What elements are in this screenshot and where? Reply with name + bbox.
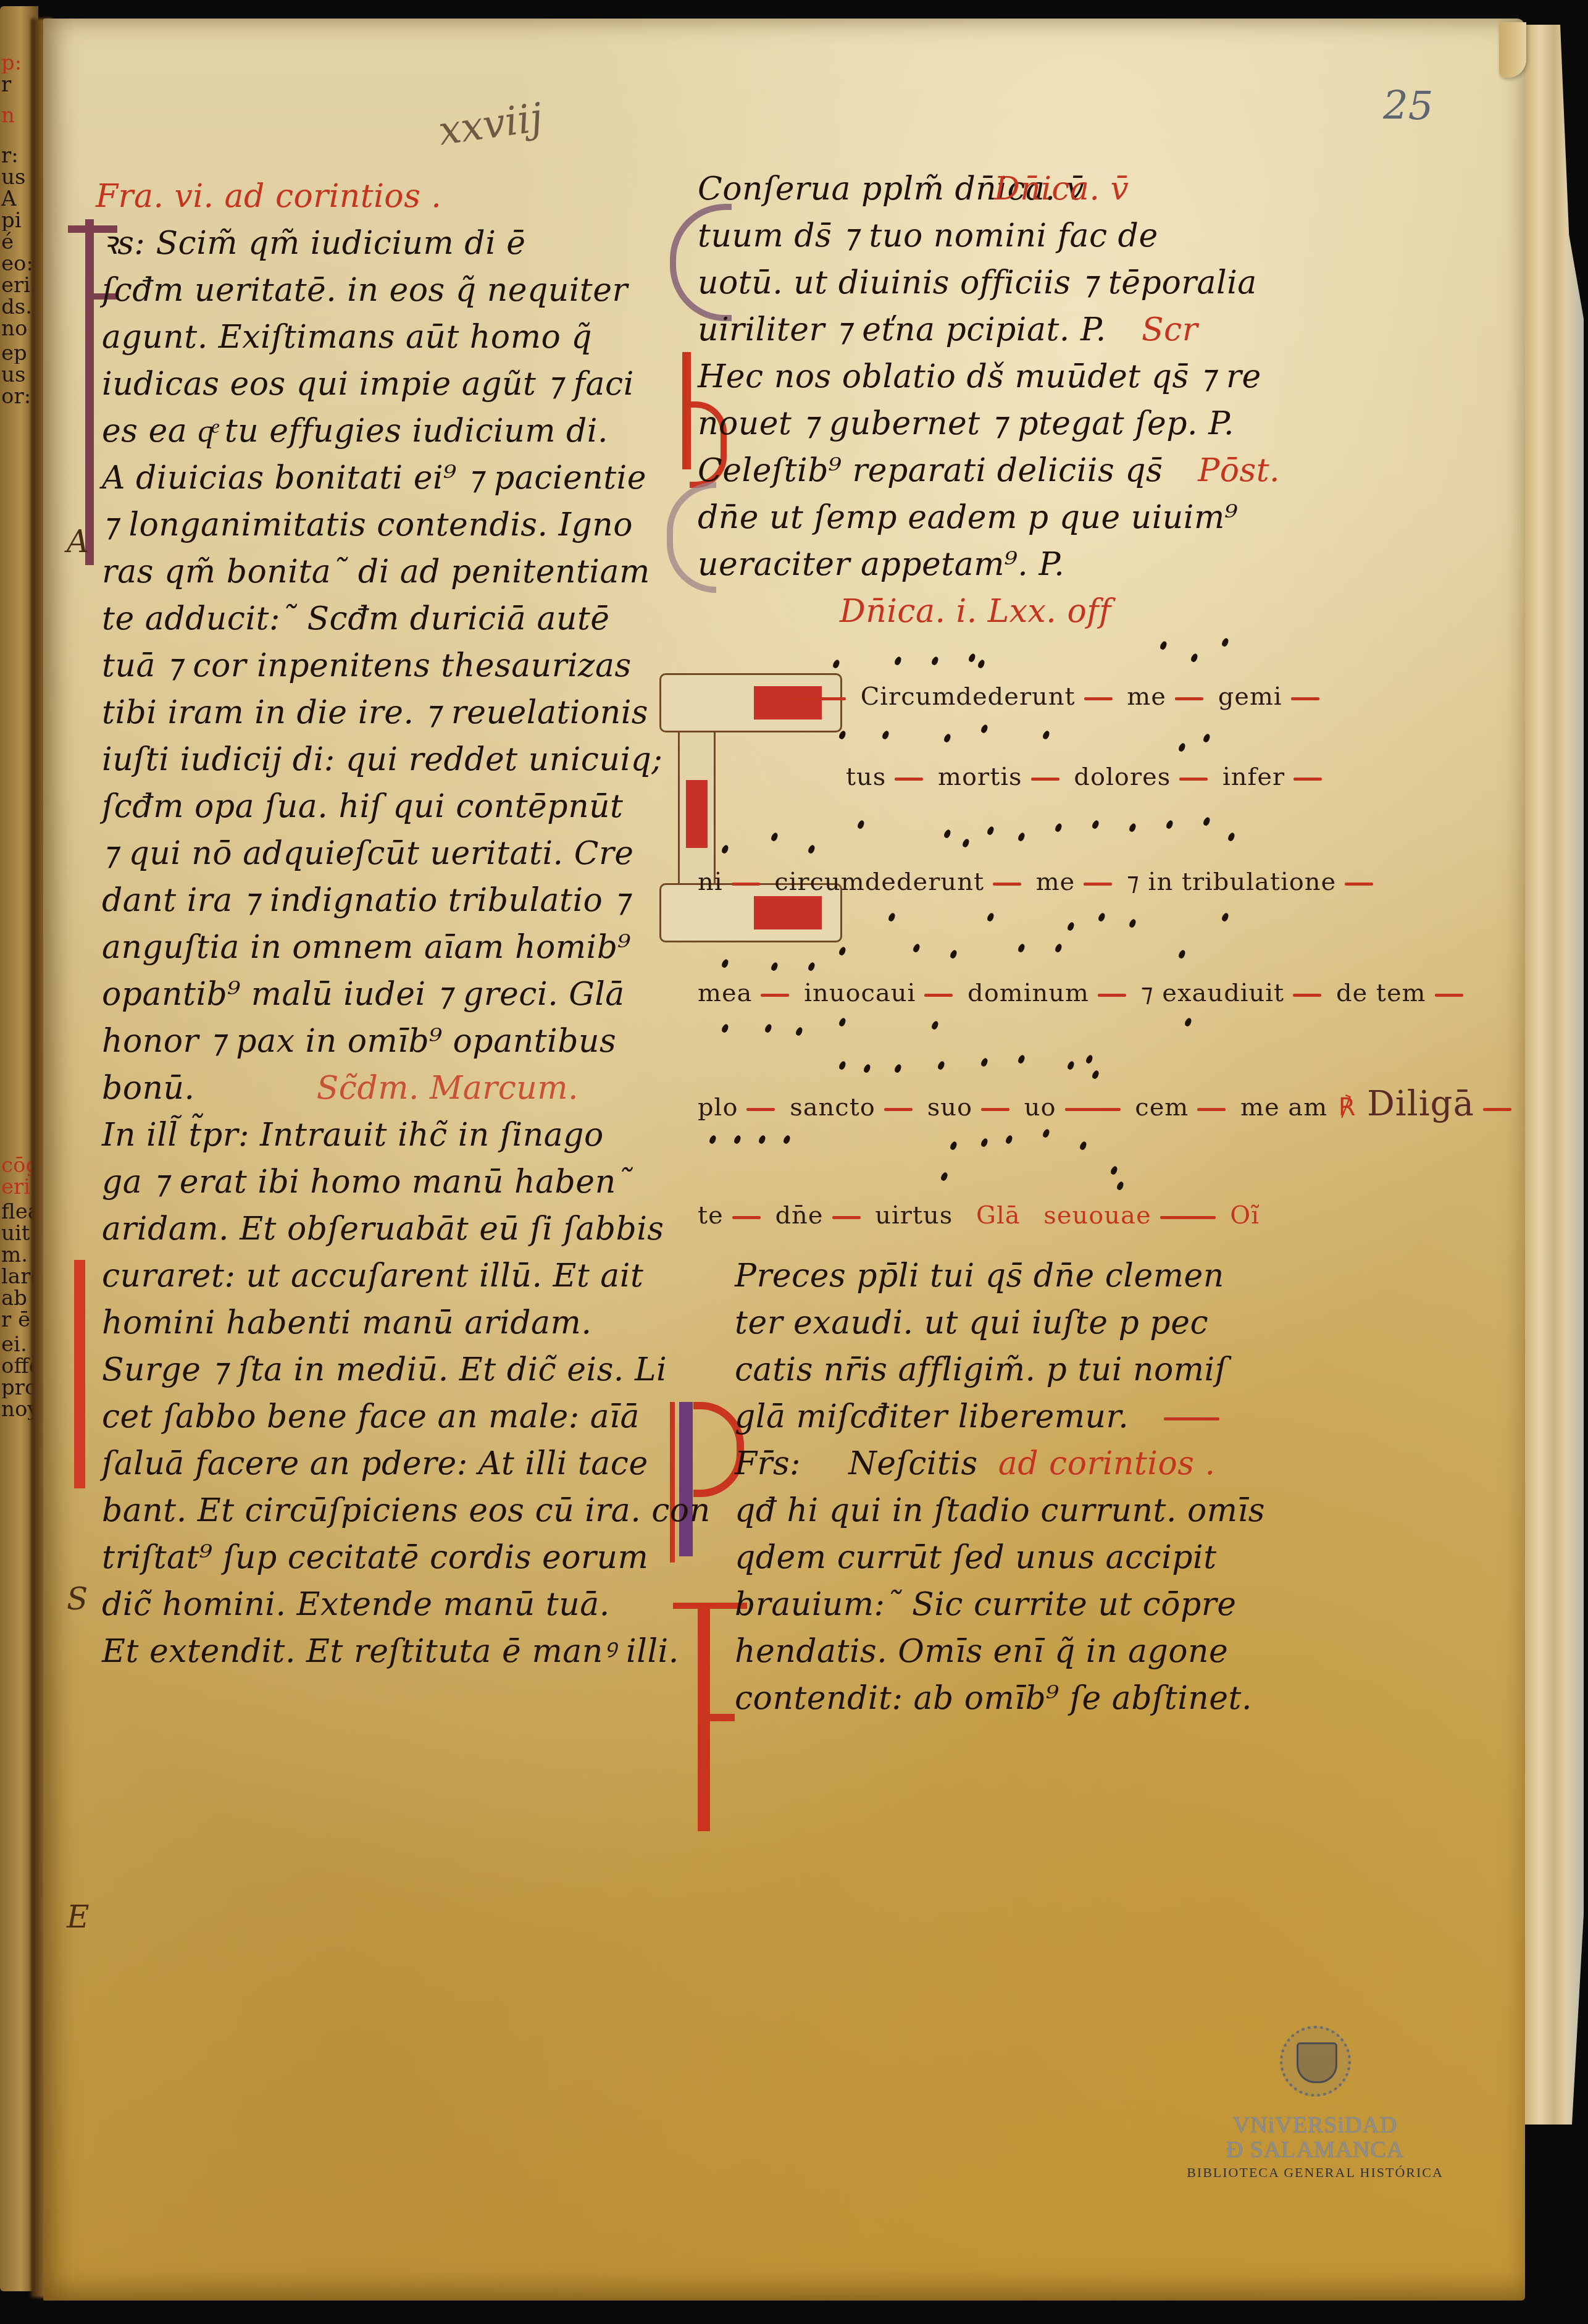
epistle-heading: Fr̄s: Neſcitis ad corintios . xyxy=(735,1440,1253,1487)
watermark-university-line2: Đ SALAMANCA xyxy=(1142,2137,1488,2162)
rubric-dash xyxy=(1293,994,1321,997)
modern-foliation-number: 25 xyxy=(1383,83,1433,129)
rubric-dash xyxy=(1435,994,1463,997)
margin-mark: A xyxy=(67,524,89,560)
rubric-dash xyxy=(1160,1216,1216,1219)
rubric-dash xyxy=(1345,883,1373,886)
text-line: In ill̃ t̃pr: Intrauit ihc̃ in ſinago xyxy=(102,1112,645,1159)
text-line: tuum ds̄ ⁊ tuo nomini fac de xyxy=(698,212,1253,259)
watermark-library-name: BIBLIOTECA GENERAL HISTÓRICA xyxy=(1142,2165,1488,2181)
rubric-dash xyxy=(732,1216,761,1219)
text-line: qdem currūt ſed unus accipit xyxy=(735,1534,1253,1581)
text-line: dn̄e ut ſemp eadem p que uiuim⁹ xyxy=(698,494,1253,541)
chant-syllable: infer xyxy=(1222,763,1285,791)
rubric-gospel: Sc̃dm. Marcum. xyxy=(317,1070,579,1107)
text-line: curaret: ut accuſarent illū. Et ait xyxy=(102,1252,645,1299)
chant-syllable: me xyxy=(1036,868,1076,896)
text-line: te adducit:˜ Scđm duriciā autē xyxy=(102,595,645,642)
text-line: ſcđm ueritatē. in eos q̃ nequiter xyxy=(102,267,645,314)
rubric-dash xyxy=(924,994,953,997)
chant-syllable: te xyxy=(698,1201,724,1230)
rubric-dash xyxy=(1098,994,1126,997)
margin-mark: E xyxy=(67,1899,90,1935)
text-line: ras qm̃ bonita˜ di ad penitentiam xyxy=(102,548,645,595)
rubric-secret: Scr xyxy=(1142,311,1198,348)
chant-syllable: ni xyxy=(698,868,723,896)
epistle-rubric: ad corintios . xyxy=(998,1445,1216,1482)
neume-row xyxy=(698,1012,1253,1086)
chant-syllable: mea xyxy=(698,979,752,1007)
chant-syllable: uo xyxy=(1024,1093,1056,1122)
initial-i-red xyxy=(69,1260,88,1488)
chant-text-line: plo sancto suo uo cem me am ℟ Diligā xyxy=(698,1086,1253,1123)
rubric-dash xyxy=(746,1108,775,1111)
text-line: A diuicias bonitati ei⁹ ⁊ pacientie xyxy=(102,455,645,501)
chant-syllable: dolores xyxy=(1074,763,1171,791)
stacked-page-edges xyxy=(1525,25,1584,2125)
rubric-line-filler xyxy=(1164,1417,1219,1420)
text-line: glā miſcđiter liberemur. xyxy=(735,1393,1253,1440)
rubric-dash xyxy=(1291,697,1319,700)
margin-mark: S xyxy=(67,1581,88,1617)
chant-syllable: de tem xyxy=(1336,979,1426,1007)
rubric-dash xyxy=(732,883,760,886)
text-line: Surge ⁊ ſta in mediū. Et dic̃ eis. Li xyxy=(102,1346,645,1393)
text-line: homini habenti manū aridam. xyxy=(102,1299,645,1346)
text-line: Hec nos oblatio dš muūdet qs̄ ⁊ re xyxy=(698,353,1253,400)
text-line: Preces pp̄li tui qs̄ dn̄e clemen xyxy=(735,1252,1253,1299)
text-line: Et extendit. Et reſtituta ē manꝰ illi. xyxy=(102,1628,645,1675)
text-line: ꝛs: Scim̃ qm̃ iudicium di ē xyxy=(102,220,645,267)
chant-text-line: Circumdederunt me gemi xyxy=(846,678,1253,715)
text-fragment: bonū. xyxy=(102,1070,195,1107)
text-line: bant. Et circūſpiciens eos cū ira. con xyxy=(102,1487,645,1534)
text-line: agunt. Exiſtimans aūt homo q̃ xyxy=(102,314,645,361)
text-line: uotū. ut diuinis officiis ⁊ tēporalia xyxy=(698,259,1253,306)
rubric-dash xyxy=(1065,1108,1121,1111)
rubric-dash xyxy=(1175,697,1203,700)
rubric-postcommunion: Pōst. xyxy=(1198,452,1280,489)
response-sign: ℟ xyxy=(1339,1093,1356,1122)
rubric-dash xyxy=(981,1108,1009,1111)
chant-syllable: me am xyxy=(1240,1093,1327,1122)
left-text-column: Fra. vi. ad corintios . ꝛs: Scim̃ qm̃ iu… xyxy=(102,173,645,1675)
gloria-rubric: Glā xyxy=(976,1201,1021,1230)
text-line: cet ſabbo bene face an male: aīā xyxy=(102,1393,645,1440)
text-line: brauium:˜ Sic currite ut cōpre xyxy=(735,1581,1253,1628)
text-line: opantib⁹ malū iudei ⁊ greci. Glā xyxy=(102,971,645,1018)
chant-text-line: tus mortis dolores infer xyxy=(846,758,1253,795)
text-fragment: uiriliter ⁊ eťna pcipiat. P. xyxy=(698,311,1106,348)
text-line: bonū. Sc̃dm. Marcum. xyxy=(102,1065,645,1112)
watermark-university-line1: VNiVERSiDAD xyxy=(1142,2113,1488,2137)
chant-syllable: Circumdederunt xyxy=(861,682,1076,711)
rubric-dash xyxy=(993,883,1021,886)
rubric-dash xyxy=(1483,1108,1511,1111)
chant-syllable: Diligā xyxy=(1367,1084,1474,1124)
offertory-rubric: Dn̄ica. i. Lxx. off xyxy=(840,588,1253,635)
text-line: ſcđm opa ſua. hiſ qui contēpnūt xyxy=(102,783,645,830)
text-line: ueraciter appetam⁹. P. xyxy=(698,541,1253,588)
text-line: contendit: ab omīb⁹ ſe abſtinet. xyxy=(735,1675,1253,1722)
text-line: iudicas eos qui impie agũt ⁊ faci xyxy=(102,361,645,408)
library-watermark: VNiVERSiDAD Đ SALAMANCA BIBLIOTECA GENER… xyxy=(1142,2026,1488,2181)
text-line: hendatis. Omīs enī q̃ in agone xyxy=(735,1628,1253,1675)
text-line: tuā ⁊ cor inpenitens thesaurizas xyxy=(102,642,645,689)
chant-syllable: ⁊ in tribulatione xyxy=(1127,868,1336,896)
chant-syllable: plo xyxy=(698,1093,738,1122)
chant-syllable: dominum xyxy=(967,979,1089,1007)
neume-row xyxy=(698,635,1253,678)
text-line: catis nr̄is affligim̃. p tui nomiſ xyxy=(735,1346,1253,1393)
neume-row xyxy=(698,795,1253,863)
epistle-label: Fr̄s: xyxy=(735,1445,801,1482)
text-line: dant ira ⁊ indignatio tribulatio ⁊ xyxy=(102,877,645,924)
chant-syllable: suo xyxy=(927,1093,972,1122)
chant-text-line: te dn̄e uirtus Glā seuouae Oĩ xyxy=(698,1197,1253,1234)
chant-syllable: sancto xyxy=(790,1093,875,1122)
chant-syllable: tus xyxy=(846,763,886,791)
text-line: honor ⁊ pax in omīb⁹ opantibus xyxy=(102,1018,645,1065)
chant-text-line: ni circumdederunt me ⁊ in tribulatione xyxy=(698,863,1253,900)
chant-syllable: ⁊ exaudiuit xyxy=(1141,979,1284,1007)
university-seal-icon xyxy=(1280,2026,1351,2097)
chant-syllable: gemi xyxy=(1218,682,1282,711)
neume-row xyxy=(698,900,1253,975)
rubric-dash xyxy=(1293,778,1322,781)
text-line: qđ hi qui in ſtadio currunt. omīs xyxy=(735,1487,1253,1534)
epistle-incipit: Neſcitis xyxy=(848,1445,978,1482)
rubric-dash xyxy=(1179,778,1208,781)
text-line: aridam. Et obſeruabāt eū ſi ſabbis xyxy=(102,1206,645,1252)
euouae-differentia: seuouae xyxy=(1043,1201,1151,1230)
chant-syllable: me xyxy=(1127,682,1166,711)
text-line: es ea qͤ tu effugies iudicium di. xyxy=(102,408,645,455)
chant-syllable: cem xyxy=(1135,1093,1189,1122)
rubric-dash xyxy=(884,1108,913,1111)
folded-corner xyxy=(1499,22,1526,78)
text-line: Conſerua pplm̃ dn̄ica. v̄ xyxy=(698,166,1253,212)
neume-row xyxy=(698,715,1253,758)
chant-syllable: dn̄e xyxy=(775,1201,823,1230)
text-fragment: Celeſtib⁹ reparati deliciis qs̄ xyxy=(698,452,1163,489)
chant-text-line: mea inuocaui dominum ⁊ exaudiuit de tem xyxy=(698,975,1253,1012)
chant-syllable: uirtus xyxy=(875,1201,953,1230)
rubric-dash xyxy=(1084,697,1113,700)
text-line: Celeſtib⁹ reparati deliciis qs̄ Pōst. xyxy=(698,447,1253,494)
rubric-dash xyxy=(790,697,846,700)
rubric-dash xyxy=(832,1216,861,1219)
text-line: ⁊ qui nō adquieſcūt ueritati. Cre xyxy=(102,830,645,877)
text-line: anguſtia in omnem aīam homib⁹ xyxy=(102,924,645,971)
right-text-column: Conſerua pplm̃ dn̄ica. v̄ tuum ds̄ ⁊ tuo… xyxy=(698,166,1253,1722)
chant-syllable: mortis xyxy=(938,763,1022,791)
text-line: ſaluā facere an pdere: At illi tace xyxy=(102,1440,645,1487)
rubric-dash xyxy=(1084,883,1112,886)
text-line: iuſti iudicij di: qui reddet unicuiq; xyxy=(102,736,645,783)
rubric-dash xyxy=(1197,1108,1226,1111)
text-line: nouet ⁊ gubernet ⁊ ptegat ſep. P. xyxy=(698,400,1253,447)
text-line: dic̃ homini. Extende manū tuā. xyxy=(102,1581,645,1628)
rubric-dash xyxy=(761,994,789,997)
oratio-rubric: Oĩ xyxy=(1230,1201,1260,1230)
text-line: triſtat⁹ ſup cecitatē cordis eorum xyxy=(102,1534,645,1581)
rubric-dominica: Dn̄ica. v̄ xyxy=(994,166,1129,212)
neume-row xyxy=(698,1123,1253,1197)
rubric-dash xyxy=(895,778,923,781)
text-line: ter exaudi. ut qui iuſte p pec xyxy=(735,1299,1253,1346)
chant-syllable: circumdederunt xyxy=(774,868,984,896)
text-line: ⁊ longanimitatis contendis. Igno xyxy=(102,501,645,548)
text-line: uiriliter ⁊ eťna pcipiat. P. Scr xyxy=(698,306,1253,353)
chant-syllable: inuocaui xyxy=(804,979,916,1007)
rubric-heading: Fra. vi. ad corintios . xyxy=(96,173,645,220)
text-line: tibi iram in die ire. ⁊ reuelationis xyxy=(102,689,645,736)
text-line: ga ⁊ erat ibi homo manū haben˜ xyxy=(102,1159,645,1206)
text-fragment: glā miſcđiter liberemur. xyxy=(735,1398,1129,1435)
rubric-dash xyxy=(1031,778,1059,781)
